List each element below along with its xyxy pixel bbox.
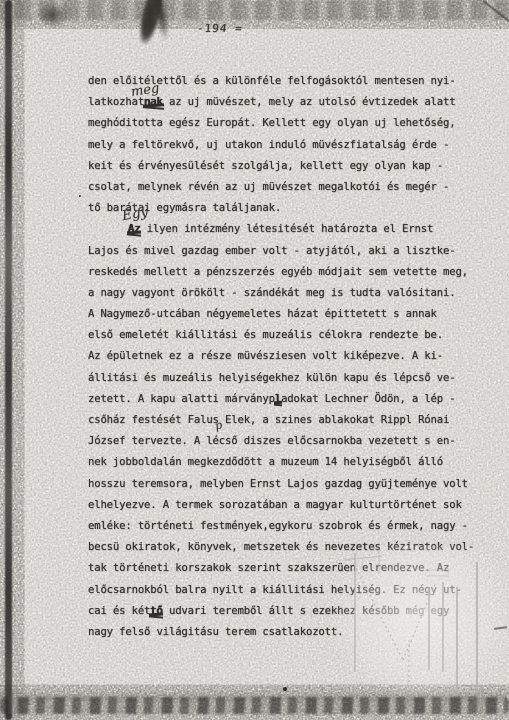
typed-line: keit és érvényesülését szolgálja, kellet… xyxy=(88,156,488,177)
scanned-document-page: -194 = den előitélettől és a különféle f… xyxy=(0,0,509,720)
scan-noise-band-top xyxy=(0,0,509,20)
typed-text: elhelyezve. A termek sorozatában a magya… xyxy=(88,499,462,511)
ink-dot-bottom xyxy=(283,687,287,691)
typed-text: hosszu teremsora, melyben Ernst Lajos ga… xyxy=(88,478,468,490)
typed-text: becsü okiratok, könyvek, metszetek és ne… xyxy=(88,541,474,553)
typed-text: cai és két xyxy=(88,605,150,617)
typed-text: nek jobboldalán megkezdődött a muzeum 14… xyxy=(88,456,443,468)
typed-line: előcsarnokból balra nyilt a kiállitási h… xyxy=(88,580,488,601)
typed-line: mely a feltörekvő, uj utakon induló müvé… xyxy=(88,135,488,156)
typed-line: nek jobboldalán megkezdődött a muzeum 14… xyxy=(88,452,488,473)
typed-line: csolat, melynek révén az uj müvészet meg… xyxy=(88,177,488,198)
typed-text: tak történeti korszakok szerint szakszer… xyxy=(88,562,449,574)
struck-text: nak xyxy=(144,96,163,108)
struck-text: tő xyxy=(150,605,162,617)
typed-text: a nagy vagyont örökölt - szándékát meg i… xyxy=(88,287,455,299)
stray-ink-mark: . xyxy=(76,186,84,201)
typed-line: Lajos és mivel gazdag ember volt - atyjá… xyxy=(88,241,488,262)
typed-line: első emeletét kiállitási és muzeális cél… xyxy=(88,325,488,346)
scan-edge-left-strip xyxy=(5,0,12,720)
typed-line: zetett. A kapu alatti márványpladokat Le… xyxy=(88,389,488,410)
typed-text: meghóditotta egész Europát. Kellett egy … xyxy=(88,117,455,129)
typed-line: állitási és muzeális helyiségekhez külön… xyxy=(88,368,488,389)
typed-text: reskedés mellett a pénzszerzés egyéb mód… xyxy=(88,266,468,278)
scan-noise-band-bottom xyxy=(0,697,509,714)
struck-text: Az xyxy=(128,223,140,235)
typed-line: Az épületnek ez a része müvésziesen volt… xyxy=(88,346,488,367)
typed-line: meghóditotta egész Europát. Kellett egy … xyxy=(88,113,488,134)
typed-text: emléke: történeti festmények,egykoru szo… xyxy=(88,520,468,532)
typed-line: tak történeti korszakok szerint szakszer… xyxy=(88,558,488,579)
typed-text: zetett. A kapu alatti márványp xyxy=(88,393,275,405)
typed-text: csőház festését Falus Elek, a szines abl… xyxy=(88,414,449,426)
struck-text: l xyxy=(275,393,281,405)
typed-text: ilyen intézmény létesitését határozta el… xyxy=(140,223,433,235)
typed-text: az uj müvészet, mely az utolsó évtizedek… xyxy=(163,96,456,108)
typed-line: cai és kéttő udvari teremből állt s ezek… xyxy=(88,601,488,622)
typed-text: keit és érvényesülését szolgálja, kellet… xyxy=(88,160,443,172)
typed-line: becsü okiratok, könyvek, metszetek és ne… xyxy=(88,537,488,558)
typed-line: A Nagymező-utcában négyemeletes házat ép… xyxy=(88,304,488,325)
page-number: -194 = xyxy=(196,22,243,35)
typed-line: csőház festését Falus Elek, a szines abl… xyxy=(88,410,488,431)
typed-text: tő barátai egymásra találjanak. xyxy=(88,202,281,214)
typed-line: emléke: történeti festmények,egykoru szo… xyxy=(88,516,488,537)
typed-text: csolat, melynek révén az uj müvészet meg… xyxy=(88,181,449,193)
typed-line: reskedés mellett a pénzszerzés egyéb mód… xyxy=(88,262,488,283)
typed-line: a nagy vagyont örökölt - szándékát meg i… xyxy=(88,283,488,304)
typed-line: hosszu teremsora, melyben Ernst Lajos ga… xyxy=(88,474,488,495)
typed-line: Az ilyen intézmény létesitését határozta… xyxy=(88,219,488,240)
typed-text: Lajos és mivel gazdag ember volt - atyjá… xyxy=(88,245,455,257)
typed-text: első emeletét kiállitási és muzeális cél… xyxy=(88,329,443,341)
typed-line: nagy felső világitásu terem csatlakozott… xyxy=(88,622,488,643)
typed-text: A Nagymező-utcában négyemeletes házat ép… xyxy=(88,308,437,320)
typed-text: nagy felső világitásu terem csatlakozott… xyxy=(88,626,343,638)
typed-text: Az épületnek ez a része müvésziesen volt… xyxy=(88,350,443,362)
typed-text: előcsarnokból balra nyilt a kiállitási h… xyxy=(88,584,462,596)
typed-text-block: den előitélettől és a különféle felfogás… xyxy=(88,71,488,643)
typed-text: adokat Lechner Ödön, a lép - xyxy=(281,393,455,405)
typed-text: József tervezte. A lécső diszes előcsarn… xyxy=(88,435,455,447)
typed-text: udvari teremből állt s ezekhez később mé… xyxy=(163,605,450,617)
typed-line: József tervezte. A lécső diszes előcsarn… xyxy=(88,431,488,452)
typed-line: elhelyezve. A termek sorozatában a magya… xyxy=(88,495,488,516)
pencil-dash-right xyxy=(494,626,507,630)
typed-text: mely a feltörekvő, uj utakon induló müvé… xyxy=(88,139,449,151)
typed-text: állitási és muzeális helyiségekhez külön… xyxy=(88,372,455,384)
